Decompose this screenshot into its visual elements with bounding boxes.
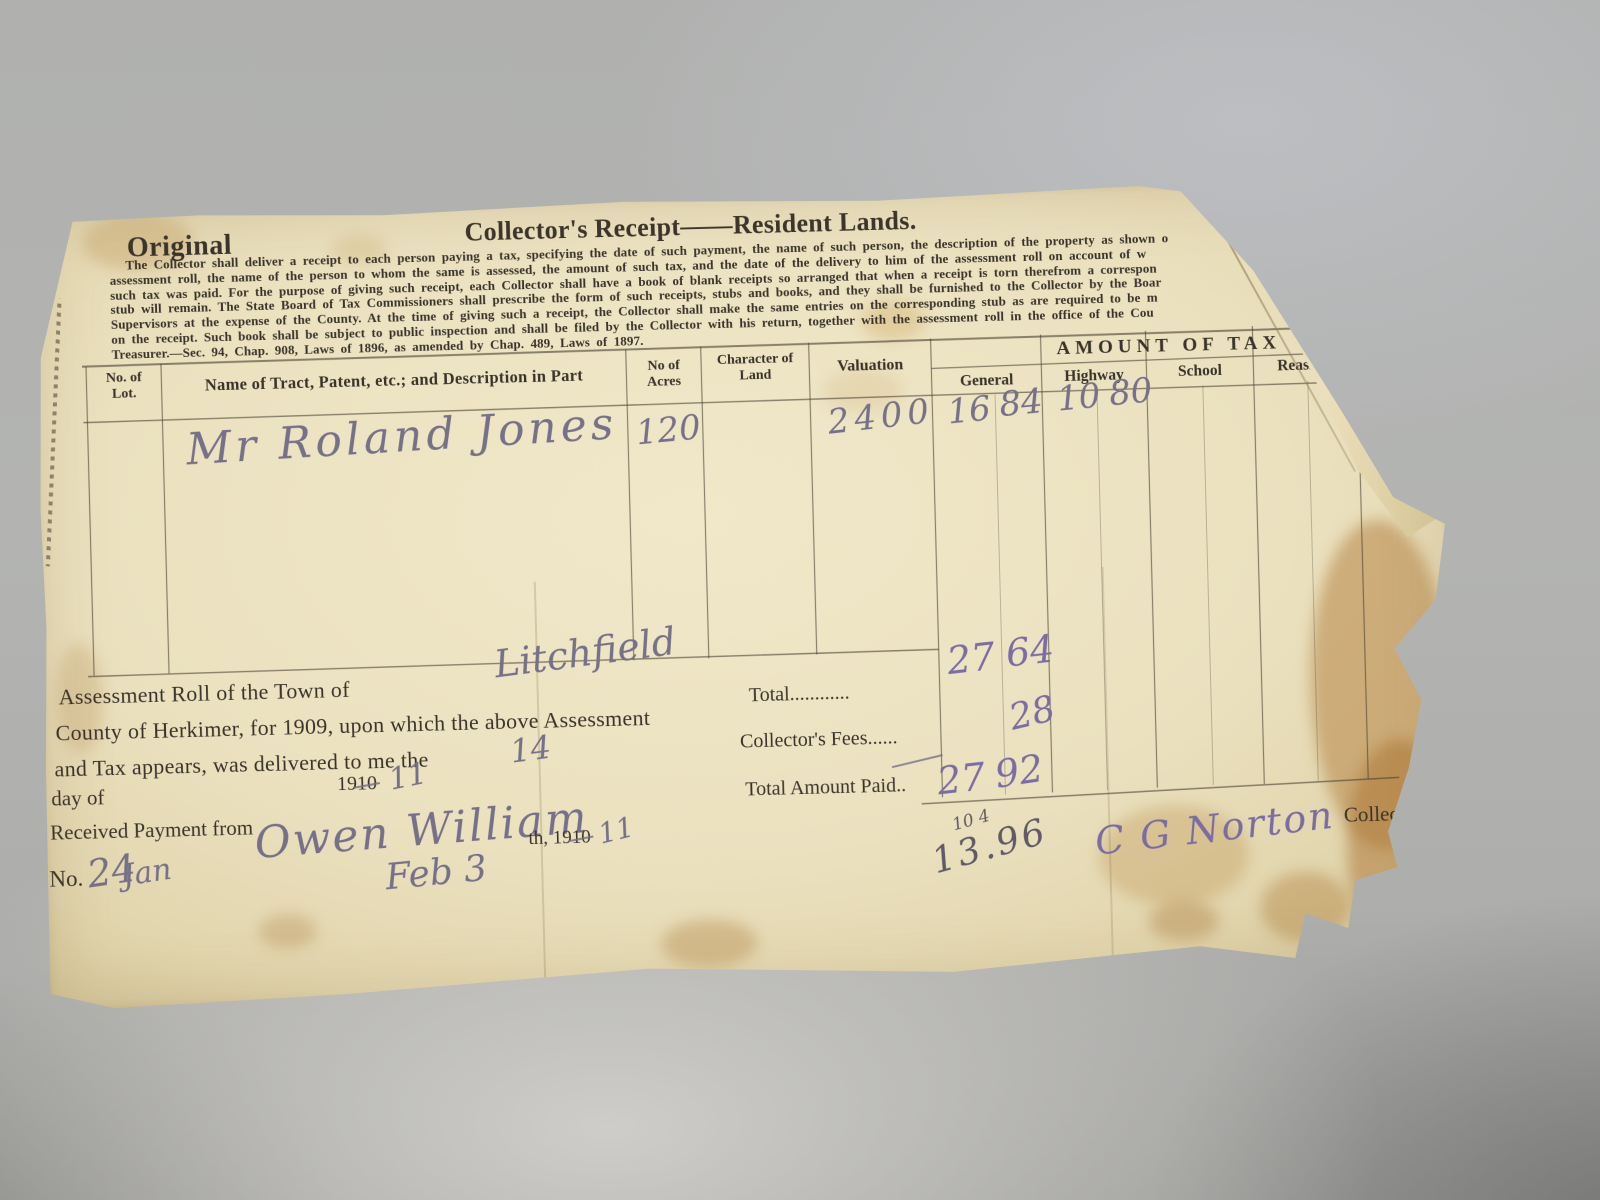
column-header-lot: No. of Lot. bbox=[86, 370, 162, 403]
column-header-text: Valuation bbox=[809, 355, 931, 376]
handwritten-total-dollars: 27 bbox=[945, 634, 998, 683]
receipt-no-label: No. bbox=[49, 866, 84, 893]
received-suffix-prefix: th, 19 bbox=[528, 827, 572, 849]
handwritten-highway-dollars: 10 bbox=[1055, 376, 1102, 420]
column-header-school: School bbox=[1146, 361, 1253, 381]
column-header-text: Character of bbox=[701, 351, 809, 369]
printed-year: 1910 bbox=[337, 772, 378, 796]
handwritten-acres: 120 bbox=[634, 407, 702, 453]
column-header-character: Character of Land bbox=[701, 351, 810, 385]
paper-stain bbox=[1356, 338, 1439, 460]
collector-label: Collector. bbox=[1286, 801, 1427, 830]
column-header-acres: No of Acres bbox=[626, 357, 702, 390]
handwritten-year: 11 bbox=[386, 756, 430, 798]
column-header-text: Land bbox=[701, 366, 809, 384]
handwritten-receipt-no: 24 bbox=[84, 846, 138, 897]
day-of-label: day of bbox=[51, 785, 105, 811]
total-amount-paid-label: Total Amount Paid.. bbox=[745, 774, 906, 801]
handwritten-highway-cents: 80 bbox=[1107, 370, 1154, 414]
received-suffix-struck: 10 bbox=[571, 827, 591, 849]
column-header-reassessed: Reassessed bbox=[1253, 355, 1373, 375]
received-suffix: th, 1910 bbox=[528, 827, 591, 851]
column-header-valuation: Valuation bbox=[809, 355, 931, 376]
handwritten-general-dollars: 16 bbox=[946, 389, 993, 433]
year-struck: 10 bbox=[357, 772, 378, 796]
year-prefix: 19 bbox=[337, 773, 358, 796]
photo-scene: { "header": { "edition_label": "Original… bbox=[0, 0, 1600, 1200]
receipt-document: Original Collector's Receipt——Resident L… bbox=[30, 178, 1462, 1010]
handwritten-day-number: 14 bbox=[508, 728, 553, 771]
handwritten-total-cents: 64 bbox=[1003, 626, 1056, 675]
collectors-fees-label: Collector's Fees...... bbox=[740, 726, 898, 753]
handwritten-general-cents: 84 bbox=[997, 381, 1044, 425]
total-label: Total............ bbox=[749, 682, 850, 708]
handwritten-paid-dollars: 27 bbox=[935, 754, 988, 803]
table-rules bbox=[30, 178, 1462, 1010]
column-header-text: Lot. bbox=[87, 385, 162, 403]
handwritten-paid-cents: 92 bbox=[992, 746, 1046, 797]
column-header-text: Acres bbox=[626, 373, 701, 391]
received-payment-label: Received Payment from bbox=[50, 815, 254, 845]
